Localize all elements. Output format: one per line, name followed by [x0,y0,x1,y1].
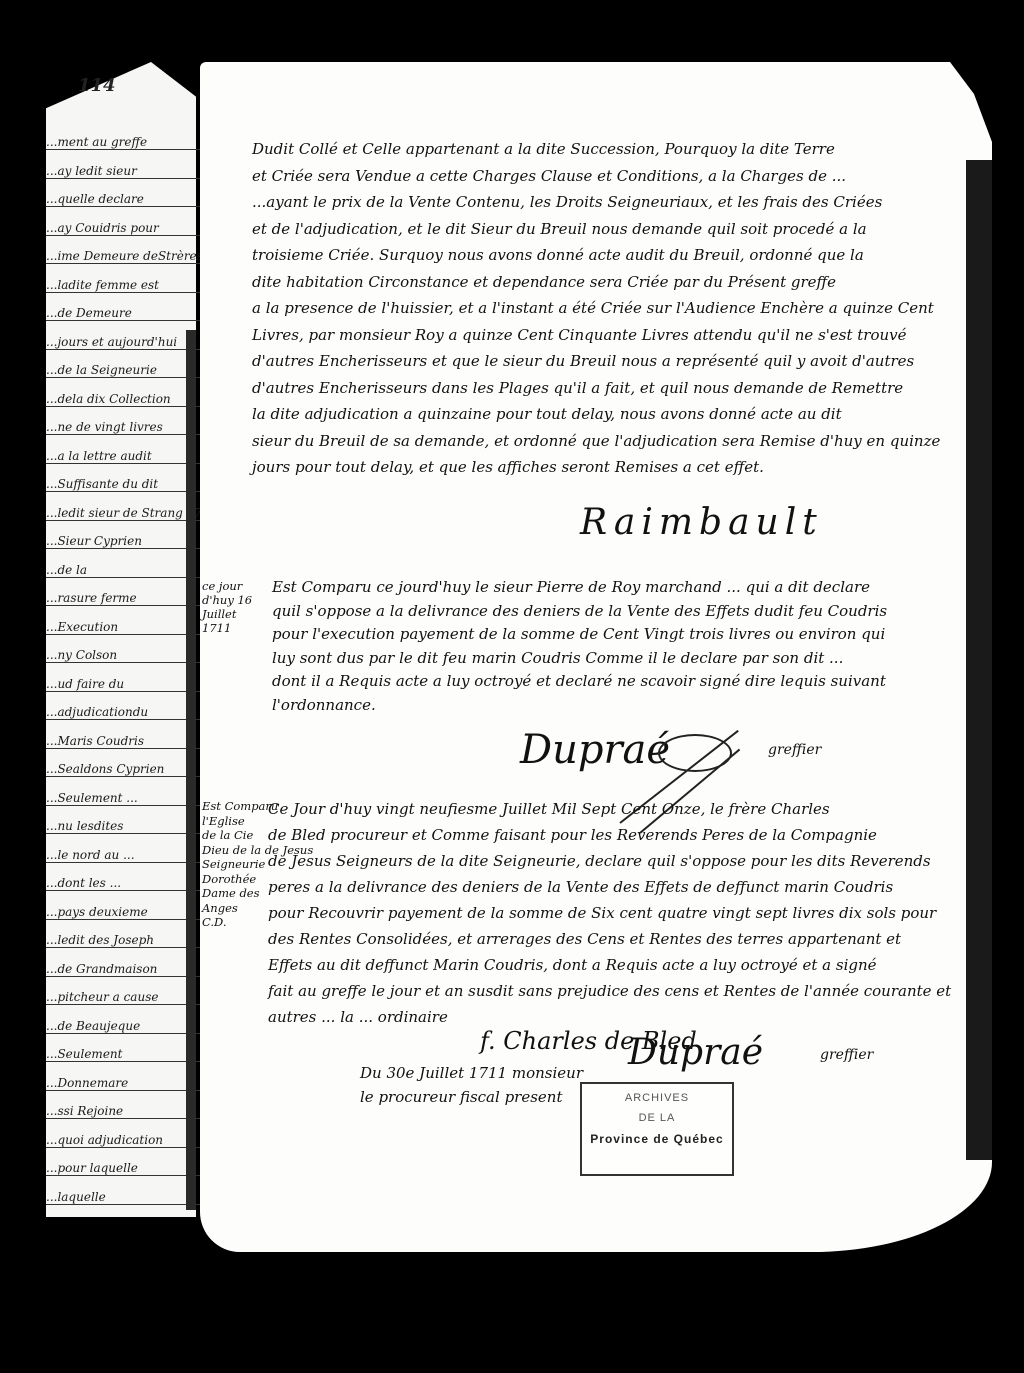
margin-note-line: ...ment au greffe [46,135,200,150]
stamp-line: ARCHIVES [582,1092,732,1104]
margin-note-line: ...de la Seigneurie [46,363,200,378]
margin-note-line: ...nu lesdites [46,819,200,834]
margin-note-line: ...Suffisante du dit [46,477,200,492]
margin-annotation-line: ce jour [202,580,242,593]
main-page: Dudit Collé et Celle appartenant a la di… [200,62,992,1252]
margin-note-line: ...Sealdons Cyprien [46,762,200,777]
manuscript-line: dont il a Requis acte a luy octroyé et d… [272,672,886,690]
page-edge-shadow [966,160,992,1160]
signature-duprae-2: Dupraé [628,1032,763,1073]
manuscript-line: l'ordonnance. [272,696,376,714]
margin-note-line: ...ay Couidris pour [46,221,200,236]
manuscript-line: jours pour tout delay, et que les affich… [252,458,764,476]
margin-note-line: ...jours et aujourd'hui [46,335,200,350]
margin-note-line: ...ladite femme est [46,278,200,293]
margin-note-line: ...pitcheur a cause [46,990,200,1005]
margin-annotation-line: d'huy 16 [202,594,252,607]
manuscript-line: troisieme Criée. Surquoy nous avons donn… [252,246,864,264]
signature-greffier-2: greffier [820,1047,873,1063]
margin-note-line: ...rasure ferme [46,591,200,606]
manuscript-line: Effets au dit deffunct Marin Coudris, do… [268,956,877,974]
manuscript-line: sieur du Breuil de sa demande, et ordonn… [252,432,940,450]
margin-annotation-line: Dame des [202,887,260,900]
manuscript-line: peres a la delivrance des deniers de la … [268,878,893,896]
signature-greffier-1: greffier [768,742,821,758]
margin-note-line: ...pays deuxieme [46,905,200,920]
folio-number: 114 [78,75,116,96]
margin-annotation-line: de la Cie [202,829,253,842]
manuscript-line: Est Comparu ce jourd'huy le sieur Pierre… [272,578,870,596]
signature-duprae-1: Dupraé [520,727,670,773]
manuscript-line: la dite adjudication a quinzaine pour to… [252,405,842,423]
margin-annotation-line: Juillet [202,608,236,621]
margin-note-line: ...Execution [46,620,200,635]
stamp-line: DE LA [582,1112,732,1124]
margin-note-line: ...pour laquelle [46,1161,200,1176]
manuscript-line: de Bled procureur et Comme faisant pour … [268,826,877,844]
page-gutter-shadow [186,330,196,1210]
margin-note-line: ...Maris Coudris [46,734,200,749]
margin-note-line: ...ay ledit sieur [46,164,200,179]
margin-note-line: ...quoi adjudication [46,1133,200,1148]
manuscript-line: quil s'oppose a la delivrance des denier… [272,602,887,620]
torn-corner [932,62,992,142]
margin-note-line: ...ssi Rejoine [46,1104,200,1119]
margin-note-line: ...dont les ... [46,876,200,891]
manuscript-line: luy sont dus par le dit feu marin Coudri… [272,649,843,667]
manuscript-line: Dudit Collé et Celle appartenant a la di… [252,140,835,158]
margin-note-line: ...Sieur Cyprien [46,534,200,549]
margin-note-line: ...Donnemare [46,1076,200,1091]
margin-note-line: ...le nord au ... [46,848,200,863]
manuscript-line: de Jesus Seigneurs de la dite Seigneurie… [268,852,931,870]
manuscript-line: et Criée sera Vendue a cette Charges Cla… [252,167,846,185]
margin-note-line: ...ime Demeure deStrères [46,249,200,264]
manuscript-line: et de l'adjudication, et le dit Sieur du… [252,220,867,238]
margin-note-line: ...a la lettre audit [46,449,200,464]
margin-note-line: ...laquelle [46,1190,200,1205]
margin-annotation-line: l'Eglise [202,815,245,828]
margin-note-line: ...dela dix Collection [46,392,200,407]
manuscript-line: Ce Jour d'huy vingt neufiesme Juillet Mi… [268,800,830,818]
margin-note-line: ...quelle declare [46,192,200,207]
margin-note-line: ...ledit sieur de Strang 77 [46,506,200,521]
manuscript-line: pour l'execution payement de la somme de… [272,625,885,643]
archive-stamp: ARCHIVES DE LA Province de Québec [580,1082,734,1176]
margin-note-line: ...ny Colson [46,648,200,663]
signature-raimbault: Raimbault [580,502,823,543]
margin-annotation-line: Anges [202,902,238,915]
margin-note-line: ...Seulement [46,1047,200,1062]
manuscript-line: Du 30e Juillet 1711 monsieur [360,1064,583,1082]
margin-note-line: ...de Demeure [46,306,200,321]
margin-note-line: ...de Beaujeque [46,1019,200,1034]
manuscript-line: ...ayant le prix de la Vente Contenu, le… [252,193,882,211]
manuscript-line: des Rentes Consolidées, et arrerages des… [268,930,901,948]
stamp-line: Province de Québec [582,1132,732,1146]
margin-annotation-line: Dorothée [202,873,256,886]
manuscript-line: fait au greffe le jour et an susdit sans… [268,982,951,1000]
manuscript-line: dite habitation Circonstance et dependan… [252,273,836,291]
margin-annotation-line: Seigneurie [202,858,265,871]
manuscript-line: autres ... la ... ordinaire [268,1008,448,1026]
manuscript-line: d'autres Encherisseurs dans les Plages q… [252,379,903,397]
margin-annotation-line: 1711 [202,622,231,635]
manuscript-line: a la presence de l'huissier, et a l'inst… [252,299,934,317]
margin-note-line: ...ne de vingt livres [46,420,200,435]
margin-note-line: ...ledit des Joseph [46,933,200,948]
manuscript-line: pour Recouvrir payement de la somme de S… [268,904,936,922]
margin-note-line: ...ud faire du [46,677,200,692]
margin-note-line: ...de la [46,563,200,578]
margin-note-line: ...adjudicationdu [46,705,200,720]
manuscript-line: le procureur fiscal present [360,1088,562,1106]
margin-note-line: ...de Grandmaison [46,962,200,977]
margin-note-line: ...Seulement ... [46,791,200,806]
margin-annotation-line: C.D. [202,916,227,929]
manuscript-line: d'autres Encherisseurs et que le sieur d… [252,352,914,370]
manuscript-line: Livres, par monsieur Roy a quinze Cent C… [252,326,907,344]
margin-annotation-line: Est Comparu [202,800,278,813]
